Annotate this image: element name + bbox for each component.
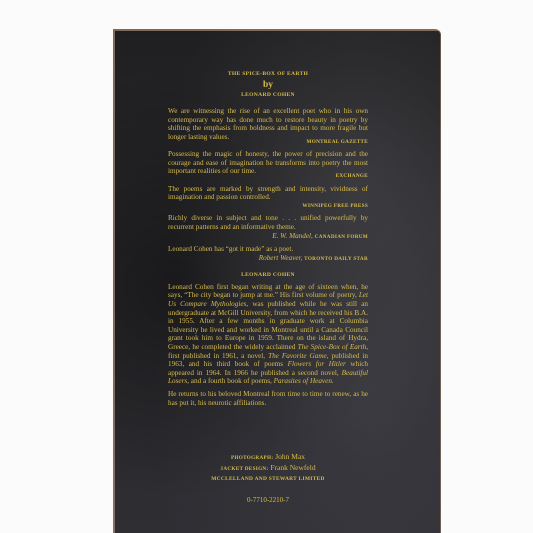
jacket-credit: JACKET DESIGN: Frank Newfeld bbox=[168, 463, 368, 474]
bio-text: Leonard Cohen first began writing at the… bbox=[168, 283, 368, 300]
bio-text: . bbox=[332, 377, 334, 385]
book-title: THE SPICE-BOX OF EARTH bbox=[168, 70, 368, 79]
book-title-ref: The Spice-Box of Earth bbox=[298, 343, 367, 351]
review-org: TORONTO DAILY STAR bbox=[304, 256, 368, 262]
bio-heading: LEONARD COHEN bbox=[168, 271, 368, 280]
review-text: Richly diverse in subject and tone . . .… bbox=[168, 214, 368, 231]
credits: PHOTOGRAPH: John Max JACKET DESIGN: Fran… bbox=[168, 452, 368, 484]
review-org: CANADIAN FORUM bbox=[315, 234, 368, 240]
review-attribution: E. W. Mandel, CANADIAN FORUM bbox=[168, 232, 368, 242]
photo-credit: PHOTOGRAPH: John Max bbox=[168, 452, 368, 463]
book-title-ref: Flowers for Hitler bbox=[288, 360, 346, 368]
review-source: WINNIPEG FREE PRESS bbox=[168, 202, 368, 211]
book-title-ref: The Favorite Game bbox=[268, 352, 327, 360]
reviewer-name: Robert Weaver, bbox=[259, 254, 303, 262]
designer-name: Frank Newfeld bbox=[270, 463, 315, 472]
review-text: Leonard Cohen has “got it made” as a poe… bbox=[168, 245, 368, 254]
cover-text: THE SPICE-BOX OF EARTH by LEONARD COHEN … bbox=[168, 70, 368, 411]
by-line: by bbox=[168, 79, 368, 91]
publisher: MCCLELLAND AND STEWART LIMITED bbox=[168, 474, 368, 484]
review-text: The poems are marked by strength and int… bbox=[168, 185, 368, 202]
bio-paragraph: He returns to his beloved Montreal from … bbox=[168, 390, 368, 407]
book-title-ref: Parasites of Heaven bbox=[274, 377, 332, 385]
photographer-name: John Max bbox=[275, 452, 305, 461]
photo-label: PHOTOGRAPH: bbox=[231, 455, 273, 461]
review-attribution: Robert Weaver, TORONTO DAILY STAR bbox=[168, 254, 368, 264]
bio-text: , and a fourth book of poems, bbox=[187, 377, 273, 385]
jacket-label: JACKET DESIGN: bbox=[220, 466, 268, 472]
bio-paragraph: Leonard Cohen first began writing at the… bbox=[168, 283, 368, 386]
review-text: We are witnessing the rise of an excelle… bbox=[168, 107, 368, 141]
isbn: 0-7710-2210-7 bbox=[168, 496, 368, 504]
reviewer-name: E. W. Mandel, bbox=[272, 232, 313, 240]
author-name: LEONARD COHEN bbox=[168, 91, 368, 100]
